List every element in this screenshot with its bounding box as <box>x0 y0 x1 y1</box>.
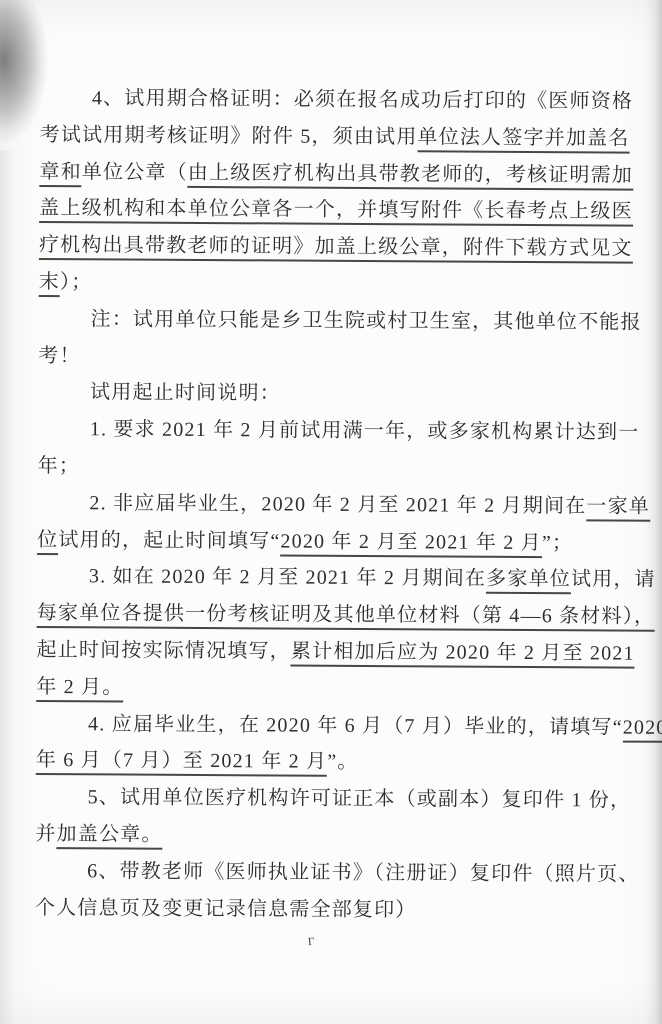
document-text-block: 4、试用期合格证明：必须在报名成功后打印的《医师资格考试试用期考核证明》附件 5… <box>35 80 652 930</box>
text-line: 章和单位公章（由上级医疗机构出具带教老师的，考核证明需加 <box>39 154 651 195</box>
underlined-text-run: 加盖公章。 <box>57 823 163 850</box>
text-line: 4、试用期合格证明：必须在报名成功后打印的《医师资格 <box>40 80 652 121</box>
text-run: 2. 非应届毕业生，2020 年 2 月至 2021 年 2 月期间在 <box>89 492 586 517</box>
page-footer-mark: Γ <box>308 936 315 948</box>
underlined-text-run: 单位法人签字并加盖名 <box>417 126 629 153</box>
text-line: 年； <box>38 448 650 489</box>
text-run: 考！ <box>38 345 81 367</box>
text-run: 考试试用期考核证明》附件 5，须由试用 <box>40 124 418 148</box>
text-run: 4. 应届毕业生，在 2020 年 6 月（7 月）毕业的，请填写“ <box>88 713 623 738</box>
text-run: ”； <box>542 532 573 554</box>
underlined-text-run: 年 6 月（7 月）至 2021 年 2 月 <box>36 749 328 777</box>
text-line: 5、试用单位医疗机构许可证正本（或副本）复印件 1 份， <box>36 779 648 820</box>
text-run: 试用起止时间说明： <box>90 382 281 405</box>
underlined-text-run: 由上级医疗机构出具带教老师的，考核证明需加 <box>188 161 633 190</box>
text-line: 2. 非应届毕业生，2020 年 2 月至 2021 年 2 月期间在一家单 <box>37 485 649 526</box>
text-line: 考！ <box>38 338 650 379</box>
text-line: 并加盖公章。 <box>35 816 647 857</box>
text-line: 个人信息页及变更记录信息需全部复印） <box>35 890 647 931</box>
text-run: 试用的，起止时间填写“ <box>58 529 280 552</box>
text-line: 位试用的，起止时间填写“2020 年 2 月至 2021 年 2 月”； <box>37 522 649 563</box>
underlined-text-run: 一家单 <box>586 495 650 521</box>
text-line: 1. 要求 2021 年 2 月前试用满一年，或多家机构累计达到一 <box>38 411 650 452</box>
text-line: 试用起止时间说明： <box>38 374 650 415</box>
text-line: 末）； <box>39 264 651 305</box>
text-run: 4、试用期合格证明：必须在报名成功后打印的《医师资格 <box>92 87 633 112</box>
text-run: 试用，请 <box>571 569 656 592</box>
text-line: 盖上级机构和本单位公章各一个，并填写附件《长春考点上级医 <box>39 190 651 231</box>
text-run: 5、试用单位医疗机构许可证正本（或副本）复印件 1 份， <box>88 786 632 811</box>
text-run: 年； <box>38 455 81 477</box>
underlined-text-run: 位 <box>37 529 58 555</box>
text-line: 考试试用期考核证明》附件 5，须由试用单位法人签字并加盖名 <box>40 117 652 158</box>
underlined-text-run: 盖上级机构和本单位公章各一个，并填写附件《长春考点上级医 <box>39 197 633 227</box>
text-run: 1. 要求 2021 年 2 月前试用满一年，或多家机构累计达到一 <box>90 418 640 443</box>
text-line: 每家单位各提供一份考核证明及其他单位材料（第 4—6 条材料）， <box>37 595 649 636</box>
text-run: 个人信息页及变更记录信息需全部复印） <box>35 897 417 921</box>
underlined-text-run: 疗机构出具带教老师的证明》加盖上级公章，附件下载方式见文 <box>39 234 633 264</box>
underlined-text-run: 末 <box>39 271 60 297</box>
text-line: 年 6 月（7 月）至 2021 年 2 月”。 <box>36 742 648 783</box>
text-run: 6、带教老师《医师执业证书》（注册证）复印件（照片页、 <box>87 860 640 885</box>
text-run: 并 <box>35 823 56 845</box>
underlined-text-run: 章和 <box>39 161 82 187</box>
text-run: 注：试用单位只能是乡卫生院或村卫生室，其他单位不能报 <box>90 308 641 333</box>
underlined-text-run: 累计相加后应为 2020 年 2 月至 2021 <box>291 640 635 668</box>
underlined-text-run: 2020 <box>623 716 662 742</box>
page-edge-shadow-left <box>0 150 14 1024</box>
text-line: 年 2 月。 <box>36 669 648 710</box>
text-run: ”。 <box>327 751 358 773</box>
underlined-text-run: 2020 年 2 月至 2021 年 2 月 <box>280 530 542 558</box>
underlined-text-run: 年 2 月。 <box>36 676 123 703</box>
text-line: 3. 如在 2020 年 2 月至 2021 年 2 月期间在多家单位试用，请 <box>37 558 649 599</box>
underlined-text-run: 每家单位各提供一份考核证明及其他单位材料（第 4—6 条材料）， <box>37 602 656 632</box>
text-line: 6、带教老师《医师执业证书》（注册证）复印件（照片页、 <box>35 853 647 894</box>
text-run: 3. 如在 2020 年 2 月至 2021 年 2 月期间在 <box>89 566 486 590</box>
text-line: 起止时间按实际情况填写，累计相加后应为 2020 年 2 月至 2021 <box>36 632 648 673</box>
text-line: 注：试用单位只能是乡卫生院或村卫生室，其他单位不能报 <box>38 301 650 342</box>
text-run: 起止时间按实际情况填写， <box>36 639 291 663</box>
text-line: 疗机构出具带教老师的证明》加盖上级公章，附件下载方式见文 <box>39 227 651 268</box>
text-run: ）； <box>60 271 93 293</box>
text-line: 4. 应届毕业生，在 2020 年 6 月（7 月）毕业的，请填写“2020 <box>36 706 648 747</box>
underlined-text-run: 多家单位 <box>486 568 571 595</box>
scanned-document-page: 4、试用期合格证明：必须在报名成功后打印的《医师资格考试试用期考核证明》附件 5… <box>0 0 662 1024</box>
text-run: 单位公章（ <box>82 161 188 184</box>
